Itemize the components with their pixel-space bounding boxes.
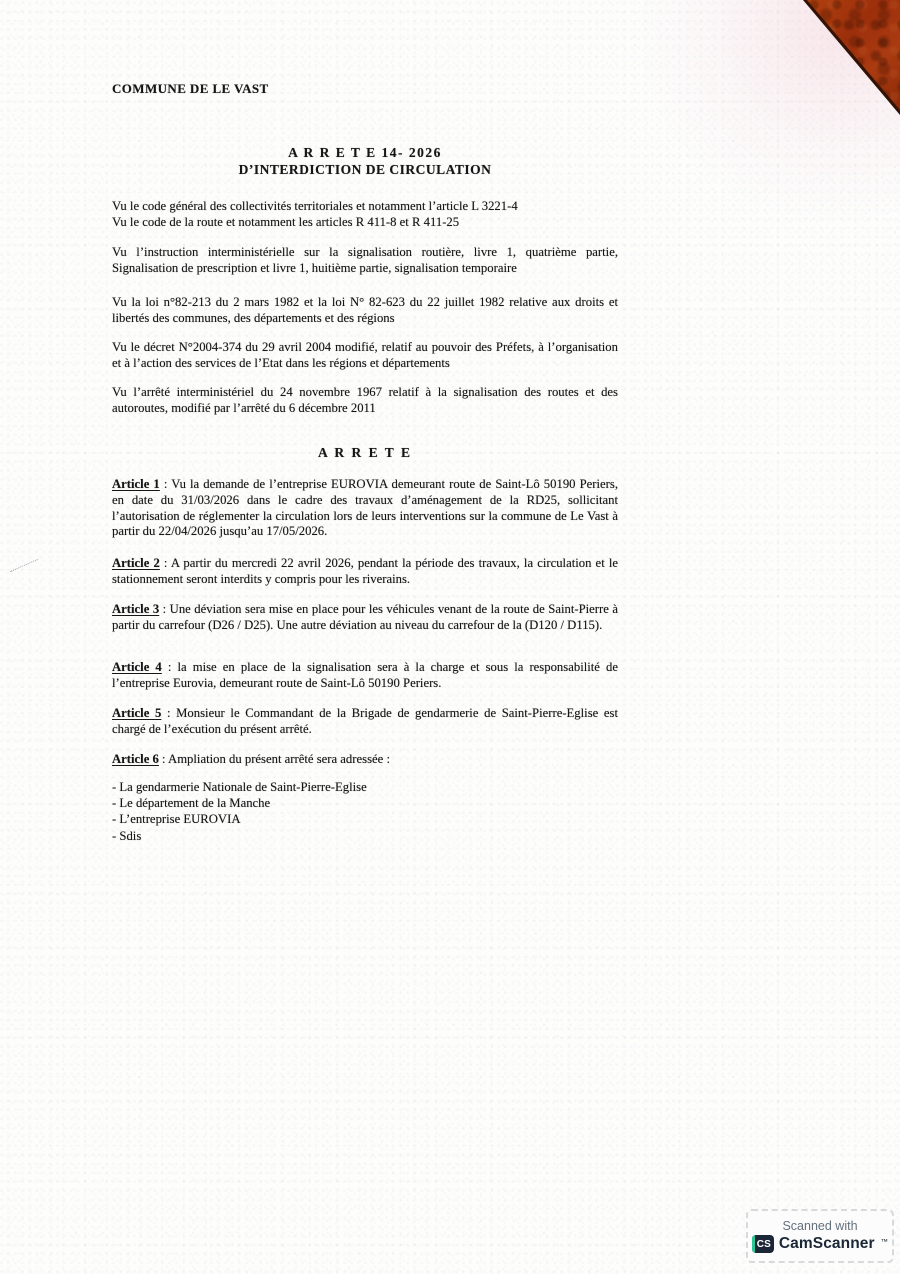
vu-paragraph-arrete-1967: Vu l’arrêté interministériel du 24 novem… xyxy=(112,385,618,417)
camscanner-logo-text: CS xyxy=(757,1239,771,1250)
document-title: A R R E T E 14- 2026 D’INTERDICTION DE C… xyxy=(112,145,618,178)
camscanner-logo-icon: CS xyxy=(752,1235,774,1253)
article-4-label: Article 4 xyxy=(112,660,162,674)
recipient-item: - Sdis xyxy=(112,828,618,844)
article-5: Article 5 : Monsieur le Commandant de la… xyxy=(112,706,618,738)
commune-header: COMMUNE DE LE VAST xyxy=(112,81,269,97)
vu-line: Vu le code de la route et notamment les … xyxy=(112,215,618,231)
article-3-text: : Une déviation sera mise en place pour … xyxy=(112,602,618,632)
article-6-text: : Ampliation du présent arrêté sera adre… xyxy=(159,752,390,766)
camscanner-badge: Scanned with CS CamScanner ™ xyxy=(746,1209,894,1263)
document-body: COMMUNE DE LE VAST A R R E T E 14- 2026 … xyxy=(0,0,900,1274)
article-4-text: : la mise en place de la signalisation s… xyxy=(112,660,618,690)
article-2-label: Article 2 xyxy=(112,556,160,570)
article-5-text: : Monsieur le Commandant de la Brigade d… xyxy=(112,706,618,736)
recipient-item: - Le département de la Manche xyxy=(112,795,618,811)
recipients-list: - La gendarmerie Nationale de Saint-Pier… xyxy=(112,779,618,844)
article-2-text: : A partir du mercredi 22 avril 2026, pe… xyxy=(112,556,618,586)
recipient-item: - La gendarmerie Nationale de Saint-Pier… xyxy=(112,779,618,795)
vu-paragraph-codes: Vu le code général des collectivités ter… xyxy=(112,199,618,231)
article-3-label: Article 3 xyxy=(112,602,159,616)
article-5-label: Article 5 xyxy=(112,706,161,720)
trademark-symbol: ™ xyxy=(881,1237,889,1246)
title-number: A R R E T E 14- 2026 xyxy=(112,145,618,162)
vu-paragraph-instruction: Vu l’instruction interministérielle sur … xyxy=(112,245,618,277)
article-6-label: Article 6 xyxy=(112,752,159,766)
article-1-label: Article 1 xyxy=(112,477,160,491)
vu-line: Vu le code général des collectivités ter… xyxy=(112,199,618,215)
title-subject: D’INTERDICTION DE CIRCULATION xyxy=(112,162,618,179)
article-1: Article 1 : Vu la demande de l’entrepris… xyxy=(112,477,618,540)
article-6: Article 6 : Ampliation du présent arrêté… xyxy=(112,752,618,768)
camscanner-label: CamScanner xyxy=(779,1235,875,1253)
article-2: Article 2 : A partir du mercredi 22 avri… xyxy=(112,556,618,588)
arrete-heading: A R R E T E xyxy=(112,445,618,461)
article-4: Article 4 : la mise en place de la signa… xyxy=(112,660,618,692)
camscanner-brand-row: CS CamScanner ™ xyxy=(752,1235,888,1253)
vu-paragraph-decret: Vu le décret N°2004-374 du 29 avril 2004… xyxy=(112,340,618,372)
scanned-with-label: Scanned with xyxy=(782,1219,857,1233)
vu-paragraph-loi: Vu la loi n°82-213 du 2 mars 1982 et la … xyxy=(112,295,618,327)
article-1-text: : Vu la demande de l’entreprise EUROVIA … xyxy=(112,477,618,538)
article-3: Article 3 : Une déviation sera mise en p… xyxy=(112,602,618,634)
scanned-document-page: COMMUNE DE LE VAST A R R E T E 14- 2026 … xyxy=(0,0,900,1274)
recipient-item: - L’entreprise EUROVIA xyxy=(112,811,618,827)
